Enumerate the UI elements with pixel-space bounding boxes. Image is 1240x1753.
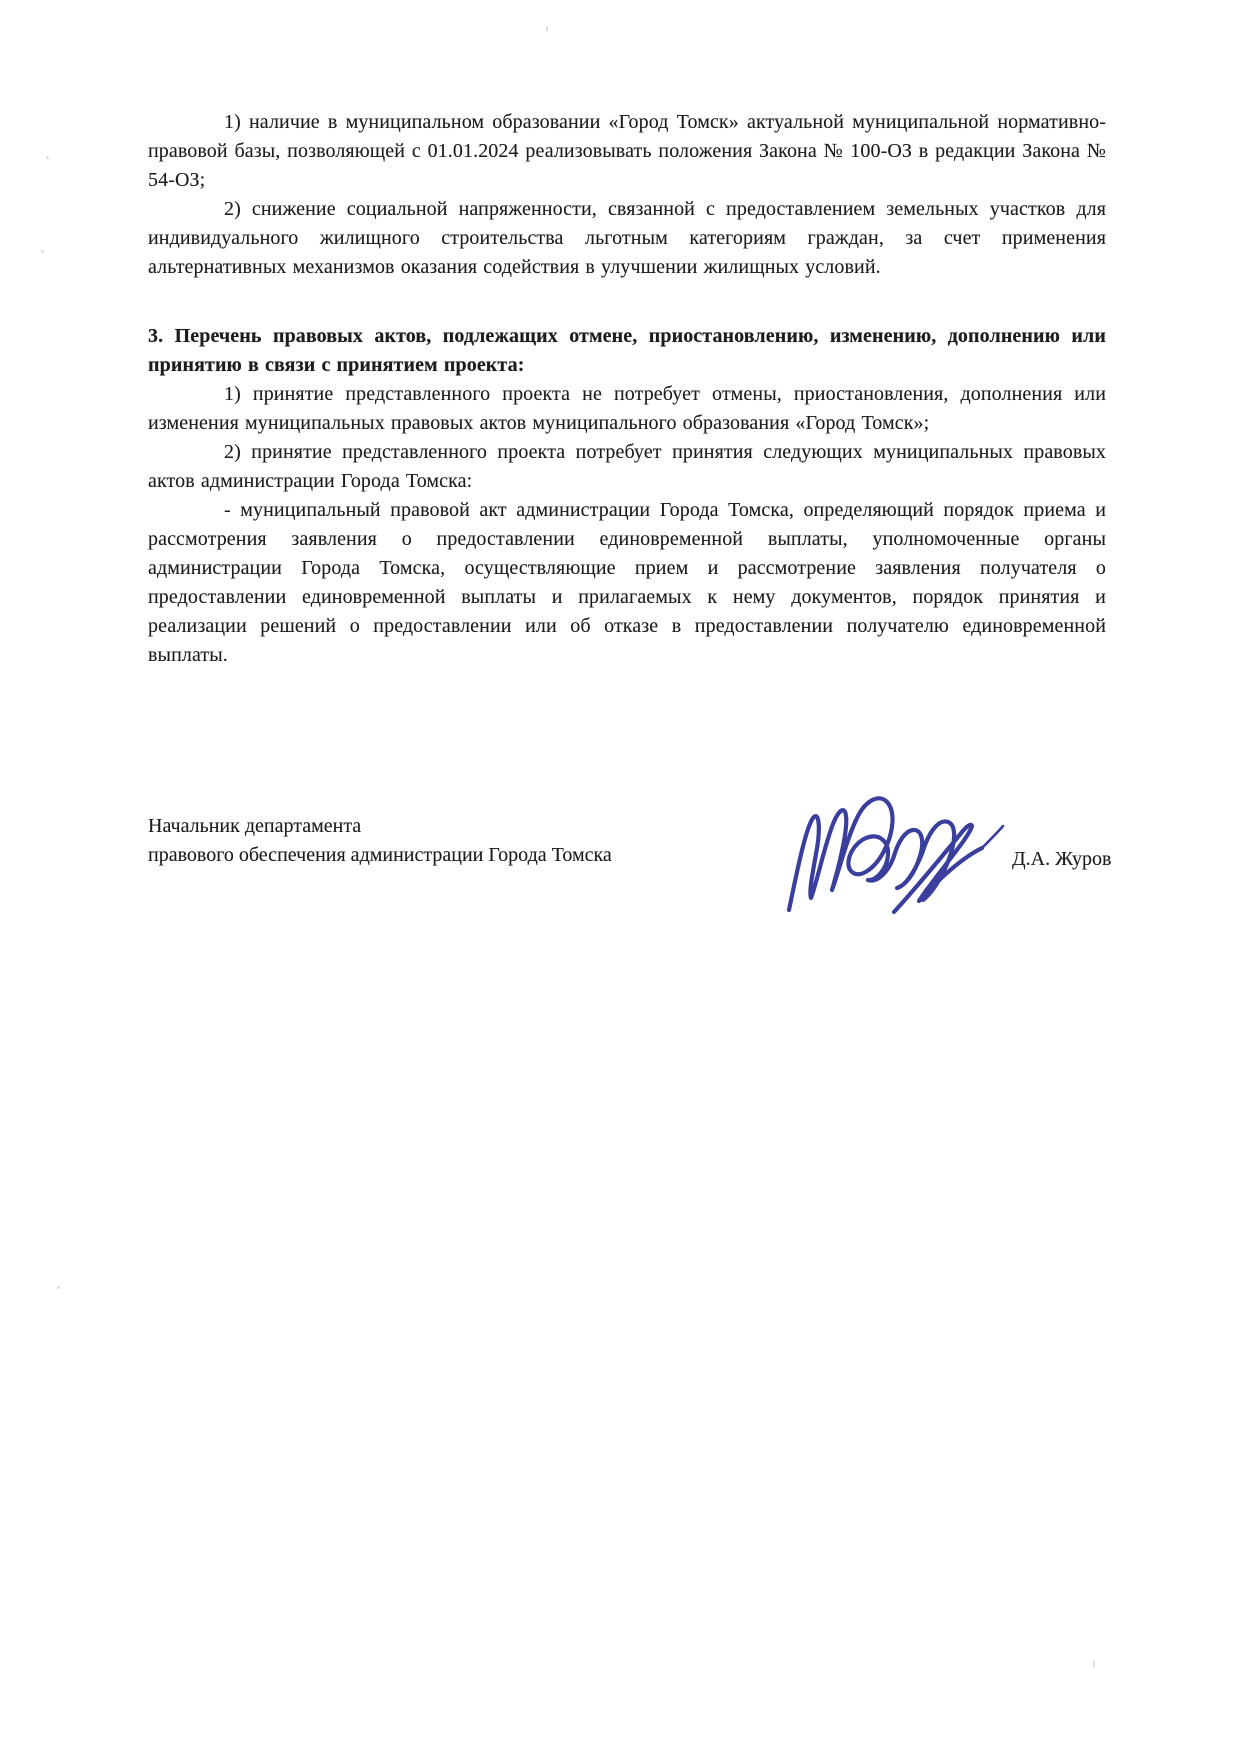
body-paragraph: 2) принятие представленного проекта потр…: [148, 438, 1106, 496]
body-paragraph: 2) снижение социальной напряженности, св…: [148, 195, 1106, 282]
scan-speck: [546, 26, 548, 32]
document-body: 1) наличие в муниципальном образовании «…: [148, 108, 1106, 670]
scan-speck: [57, 1286, 60, 1289]
body-paragraph: - муниципальный правовой акт администрац…: [148, 496, 1106, 670]
signature-stroke: [982, 826, 1003, 848]
scan-speck: [41, 250, 44, 253]
scanned-document-page: 1) наличие в муниципальном образовании «…: [0, 0, 1240, 1753]
signer-name: Д.А. Журов: [1012, 845, 1111, 874]
signature-stroke: [789, 798, 954, 910]
signature-stroke: [894, 825, 982, 912]
scan-speck: [1093, 1660, 1095, 1668]
scan-speck: [46, 156, 49, 159]
body-paragraph: 1) наличие в муниципальном образовании «…: [148, 108, 1106, 195]
signature-block: Начальник департамента правового обеспеч…: [148, 812, 1106, 952]
section-heading: 3. Перечень правовых актов, подлежащих о…: [148, 322, 1106, 380]
handwritten-signature-icon: [784, 788, 1008, 920]
body-paragraph: 1) принятие представленного проекта не п…: [148, 380, 1106, 438]
